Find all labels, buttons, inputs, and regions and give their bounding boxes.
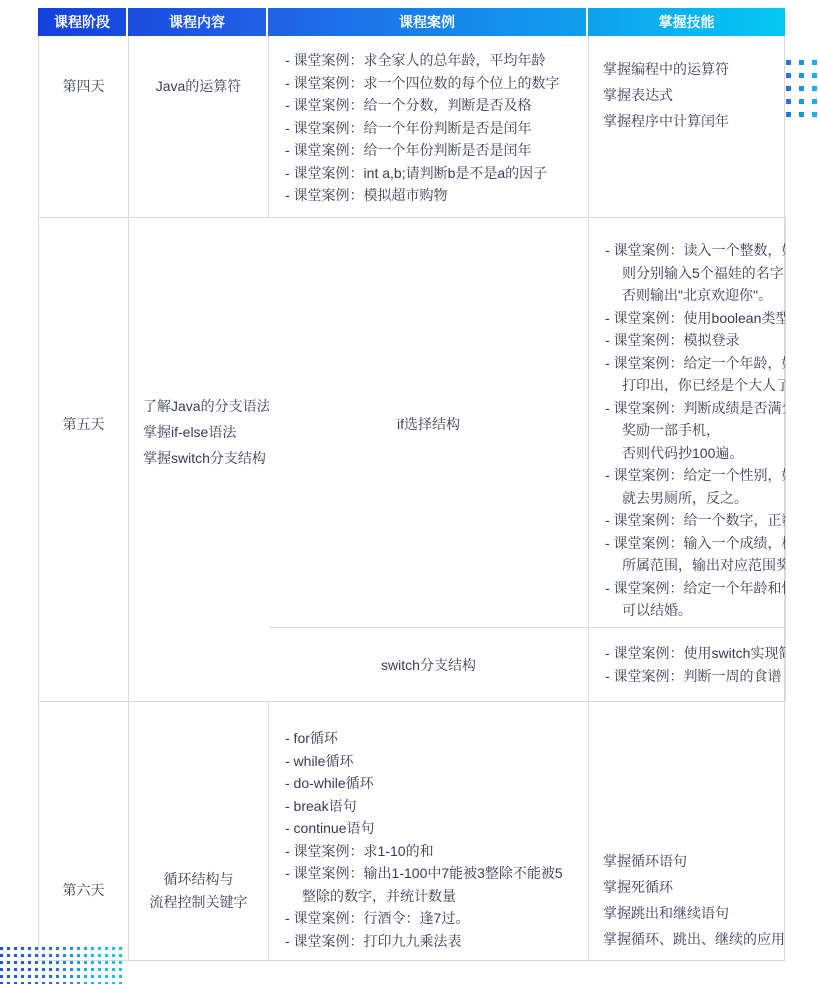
case-line: - 课堂案例：行酒令：逢7过。 [285, 907, 588, 930]
case-line: 整除的数字，并统计数量 [285, 885, 588, 908]
case-line: 否则代码抄100遍。 [605, 442, 785, 465]
skills-cell-day4: 掌握编程中的运算符 掌握表达式 掌握程序中计算闰年 [589, 36, 786, 218]
cases-cell-day5-switch: - 课堂案例：使用switch实现简易版计算器 - 课堂案例：判断一周的食谱 [589, 628, 786, 702]
content-line: 循环结构与 [129, 868, 268, 891]
case-line: - 课堂案例：给一个数字，正数，负数，零。 [605, 509, 785, 532]
case-line: - for循环 [285, 727, 588, 750]
skills-cell-day6: 掌握循环语句 掌握死循环 掌握跳出和继续语句 掌握循环、跳出、继续的应用 [589, 702, 786, 960]
header-cell-content: 课程内容 [128, 8, 268, 36]
case-line: - 课堂案例：给一个年份判断是否是闰年 [285, 117, 588, 140]
skill-line: 掌握表达式 [603, 82, 786, 108]
header-cell-skills: 掌握技能 [588, 8, 785, 36]
skill-line: 掌握循环语句 [603, 848, 786, 874]
case-line: 打印出，你已经是个大人了，要对自己负责。 [605, 374, 785, 397]
cases-cell-day6: - for循环 - while循环 - do-while循环 - break语句… [269, 702, 589, 960]
content-cell-day5-switch: switch分支结构 [269, 628, 589, 702]
case-line: - 课堂案例：判断一周的食谱 [605, 665, 785, 688]
case-line: 可以结婚。 [605, 599, 785, 622]
case-line: - 课堂案例：打印九九乘法表 [285, 930, 588, 953]
case-line: - 课堂案例：输出1-100中7能被3整除不能被5 [285, 862, 588, 885]
skill-line: 掌握循环、跳出、继续的应用 [603, 926, 786, 952]
case-line: - 课堂案例：求1-10的和 [285, 840, 588, 863]
case-line: - break语句 [285, 795, 588, 818]
stage-cell-day5: 第五天 [39, 218, 129, 702]
skill-line: 掌握跳出和继续语句 [603, 900, 786, 926]
content-line: 流程控制关键字 [129, 891, 268, 914]
case-line: - 课堂案例：使用boolean类型，定义一个性别。 [605, 307, 785, 330]
case-line: - 课堂案例：判断成绩是否满分，如果满分， [605, 397, 785, 420]
skill-line: 掌握switch分支结构 [143, 445, 269, 471]
cases-cell-day4: - 课堂案例：求全家人的总年龄，平均年龄 - 课堂案例：求一个四位数的每个位上的… [269, 36, 589, 218]
case-line: - 课堂案例：给定一个性别，如果是男， [605, 464, 785, 487]
header-cell-cases: 课程案例 [268, 8, 588, 36]
header-cell-stage: 课程阶段 [38, 8, 128, 36]
cases-cell-day5-if: - 课堂案例：读入一个整数，如果是1～5之间， 则分别输入5个福娃的名字， 否则… [589, 218, 786, 628]
skill-line: 掌握编程中的运算符 [603, 56, 786, 82]
case-line: - 课堂案例：int a,b;请判断b是不是a的因子 [285, 162, 588, 185]
case-line: - while循环 [285, 750, 588, 773]
case-line: - 课堂案例：给定一个年龄和性别，判断是否 [605, 577, 785, 600]
skill-line: 掌握死循环 [603, 874, 786, 900]
case-line: 奖励一部手机， [605, 419, 785, 442]
skill-line: 掌握程序中计算闰年 [603, 108, 786, 134]
course-syllabus-page: 课程阶段 课程内容 课程案例 掌握技能 第四天 Java的运算符 - 课堂案例：… [0, 0, 818, 984]
case-line: 则分别输入5个福娃的名字， [605, 262, 785, 285]
stage-cell-day6: 第六天 [39, 702, 129, 960]
case-line: 否则输出"北京欢迎你"。 [605, 284, 785, 307]
stage-cell-day4: 第四天 [39, 36, 129, 218]
course-table: 课程阶段 课程内容 课程案例 掌握技能 第四天 Java的运算符 - 课堂案例：… [38, 8, 785, 961]
case-line: - 课堂案例：模拟超市购物 [285, 184, 588, 207]
skill-line: 掌握if-else语法 [143, 419, 269, 445]
content-cell-day6: 循环结构与 流程控制关键字 [129, 702, 269, 960]
case-line: - 课堂案例：给一个分数，判断是否及格 [285, 94, 588, 117]
case-line: - continue语句 [285, 817, 588, 840]
case-line: - 课堂案例：给一个年份判断是否是闰年 [285, 139, 588, 162]
content-cell-day5-if: if选择结构 [269, 218, 589, 628]
case-line: - 课堂案例：求一个四位数的每个位上的数字 [285, 72, 588, 95]
case-line: - 课堂案例：求全家人的总年龄，平均年龄 [285, 49, 588, 72]
case-line: - 课堂案例：给定一个年龄，如果大于18岁， [605, 352, 785, 375]
case-line: - 课堂案例：模拟登录 [605, 329, 785, 352]
content-cell-day4: Java的运算符 [129, 36, 269, 218]
case-line: 所属范围，输出对应范围奖励信息 [605, 554, 785, 577]
dot-grid-decoration-top-right [786, 60, 818, 123]
case-line: - 课堂案例：读入一个整数，如果是1～5之间， [605, 239, 785, 262]
case-line: - 课堂案例：使用switch实现简易版计算器 [605, 642, 785, 665]
case-line: - 课堂案例：输入一个成绩，根据该成绩 [605, 532, 785, 555]
table-header-row: 课程阶段 课程内容 课程案例 掌握技能 [38, 8, 785, 36]
skills-cell-day5: 了解Java的分支语法 掌握if-else语法 掌握switch分支结构 [129, 218, 269, 702]
table-body: 第四天 Java的运算符 - 课堂案例：求全家人的总年龄，平均年龄 - 课堂案例… [38, 36, 785, 961]
case-line: - do-while循环 [285, 772, 588, 795]
skill-line: 了解Java的分支语法 [143, 393, 269, 419]
case-line: 就去男厕所，反之。 [605, 487, 785, 510]
